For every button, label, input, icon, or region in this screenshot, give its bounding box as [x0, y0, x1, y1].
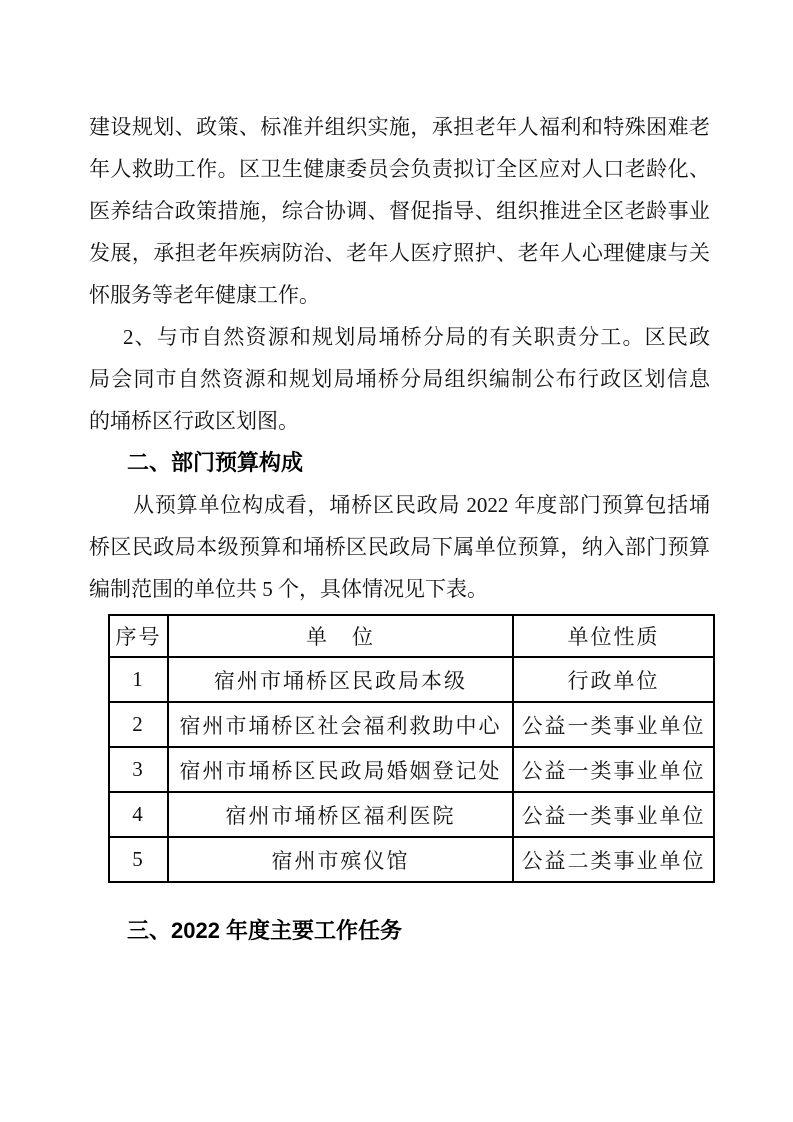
row-no: 5 [109, 837, 168, 882]
paragraph-1-line: 建设规划、政策、标准并组织实施，承担老年人福利和特殊困难老 [89, 106, 710, 148]
table-header-unit: 单 位 [168, 615, 513, 657]
table-header-row: 序号 单 位 单位性质 [109, 615, 714, 657]
row-nature: 公益一类事业单位 [513, 747, 714, 792]
paragraph-1-line: 怀服务等老年健康工作。 [89, 274, 710, 316]
row-no: 1 [109, 657, 168, 702]
paragraph-2-line: 局会同市自然资源和规划局埇桥分局组织编制公布行政区划信息 [89, 358, 710, 400]
table-row: 3 宿州市埇桥区民政局婚姻登记处 公益一类事业单位 [109, 747, 714, 792]
table-header-nature: 单位性质 [513, 615, 714, 657]
paragraph-3-line: 从预算单位构成看，埇桥区民政局 2022 年度部门预算包括埇 [89, 484, 710, 526]
budget-units-table: 序号 单 位 单位性质 1 宿州市埇桥区民政局本级 行政单位 2 宿州市埇桥区社… [108, 614, 715, 883]
row-no: 2 [109, 702, 168, 747]
row-no: 3 [109, 747, 168, 792]
table-row: 1 宿州市埇桥区民政局本级 行政单位 [109, 657, 714, 702]
row-unit: 宿州市埇桥区民政局本级 [168, 657, 513, 702]
section-heading-2022-main-tasks: 三、2022 年度主要工作任务 [89, 910, 710, 952]
paragraph-3-line: 编制范围的单位共 5 个，具体情况见下表。 [89, 568, 710, 610]
row-nature: 公益一类事业单位 [513, 702, 714, 747]
row-unit: 宿州市埇桥区社会福利救助中心 [168, 702, 513, 747]
table-header-no: 序号 [109, 615, 168, 657]
paragraph-1-line: 医养结合政策措施，综合协调、督促指导、组织推进全区老龄事业 [89, 190, 710, 232]
document-page: 建设规划、政策、标准并组织实施，承担老年人福利和特殊困难老 年人救助工作。区卫生… [0, 0, 793, 1122]
row-unit: 宿州市殡仪馆 [168, 837, 513, 882]
table-row: 5 宿州市殡仪馆 公益二类事业单位 [109, 837, 714, 882]
document-content: 建设规划、政策、标准并组织实施，承担老年人福利和特殊困难老 年人救助工作。区卫生… [89, 106, 710, 952]
row-unit: 宿州市埇桥区民政局婚姻登记处 [168, 747, 513, 792]
table-row: 2 宿州市埇桥区社会福利救助中心 公益一类事业单位 [109, 702, 714, 747]
paragraph-2-line: 2、与市自然资源和规划局埇桥分局的有关职责分工。区民政 [89, 316, 710, 358]
paragraph-3-line: 桥区民政局本级预算和埇桥区民政局下属单位预算，纳入部门预算 [89, 526, 710, 568]
row-nature: 公益二类事业单位 [513, 837, 714, 882]
section-heading-budget-composition: 二、部门预算构成 [89, 442, 710, 484]
row-nature: 行政单位 [513, 657, 714, 702]
paragraph-1-line: 发展，承担老年疾病防治、老年人医疗照护、老年人心理健康与关 [89, 232, 710, 274]
row-unit: 宿州市埇桥区福利医院 [168, 792, 513, 837]
row-no: 4 [109, 792, 168, 837]
table-row: 4 宿州市埇桥区福利医院 公益一类事业单位 [109, 792, 714, 837]
paragraph-1-line: 年人救助工作。区卫生健康委员会负责拟订全区应对人口老龄化、 [89, 148, 710, 190]
paragraph-2-line: 的埇桥区行政区划图。 [89, 400, 710, 442]
row-nature: 公益一类事业单位 [513, 792, 714, 837]
